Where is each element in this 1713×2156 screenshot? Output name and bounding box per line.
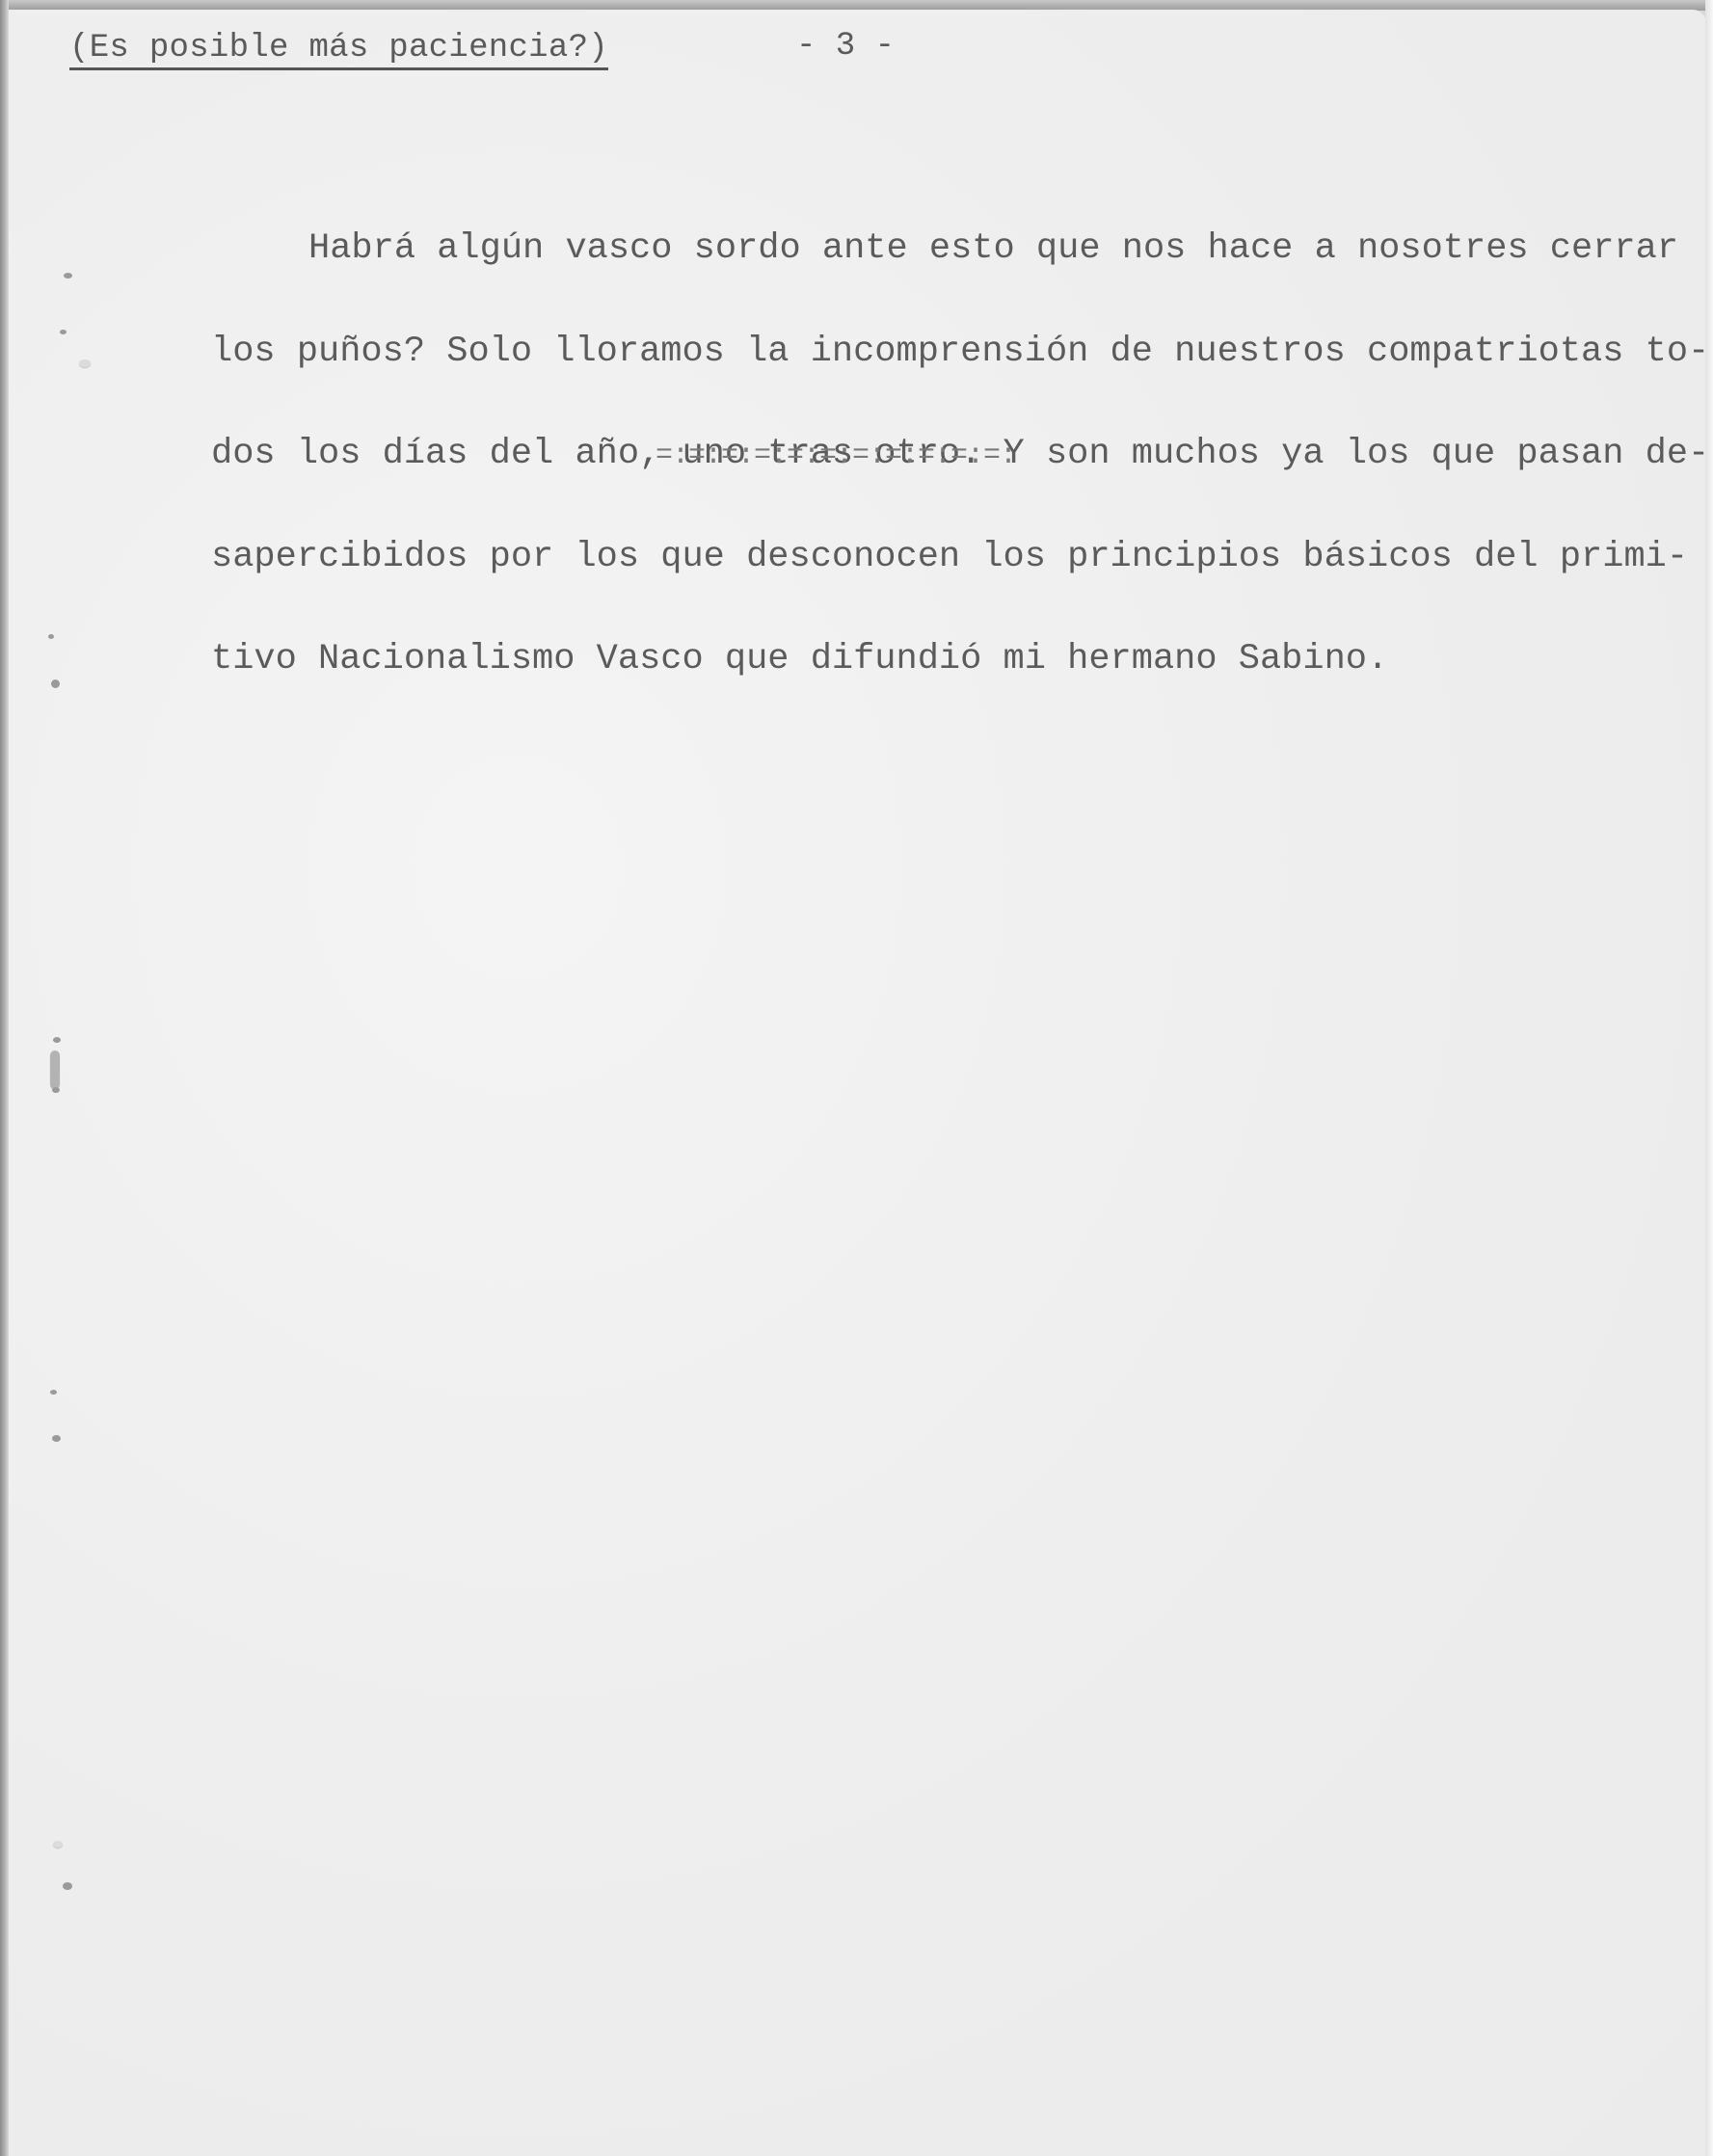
punch-mark — [79, 359, 91, 367]
scan-left-edge — [0, 0, 9, 2156]
punch-mark — [64, 273, 72, 279]
paragraph-line: los puños? Solo lloramos la incomprensió… — [211, 335, 1709, 370]
document-title: (Es posible más paciencia?) — [69, 29, 608, 67]
page-number: - 3 - — [796, 27, 895, 66]
paragraph-line: tivo Nacionalismo Vasco que difundió mi … — [211, 643, 1709, 678]
document-title-text: (Es posible más paciencia?) — [69, 30, 608, 70]
section-separator: =:=:=:=:=:=:=:=:=:=:=: — [656, 439, 1016, 473]
paragraph-line: sapercibidos por los que desconocen los … — [211, 541, 1709, 575]
punch-mark — [53, 1841, 63, 1848]
punch-mark — [63, 1882, 72, 1890]
punch-mark — [52, 1435, 61, 1442]
body-paragraph: Habrá algún vasco sordo ante esto que no… — [211, 164, 1709, 711]
punch-mark — [53, 1037, 61, 1043]
paragraph-line: Habrá algún vasco sordo ante esto que no… — [211, 232, 1709, 267]
punch-mark — [50, 1051, 60, 1089]
punch-mark — [50, 1390, 57, 1395]
punch-mark — [51, 679, 60, 688]
punch-mark — [48, 634, 54, 639]
punch-mark — [60, 330, 67, 334]
punch-mark — [52, 1087, 60, 1093]
